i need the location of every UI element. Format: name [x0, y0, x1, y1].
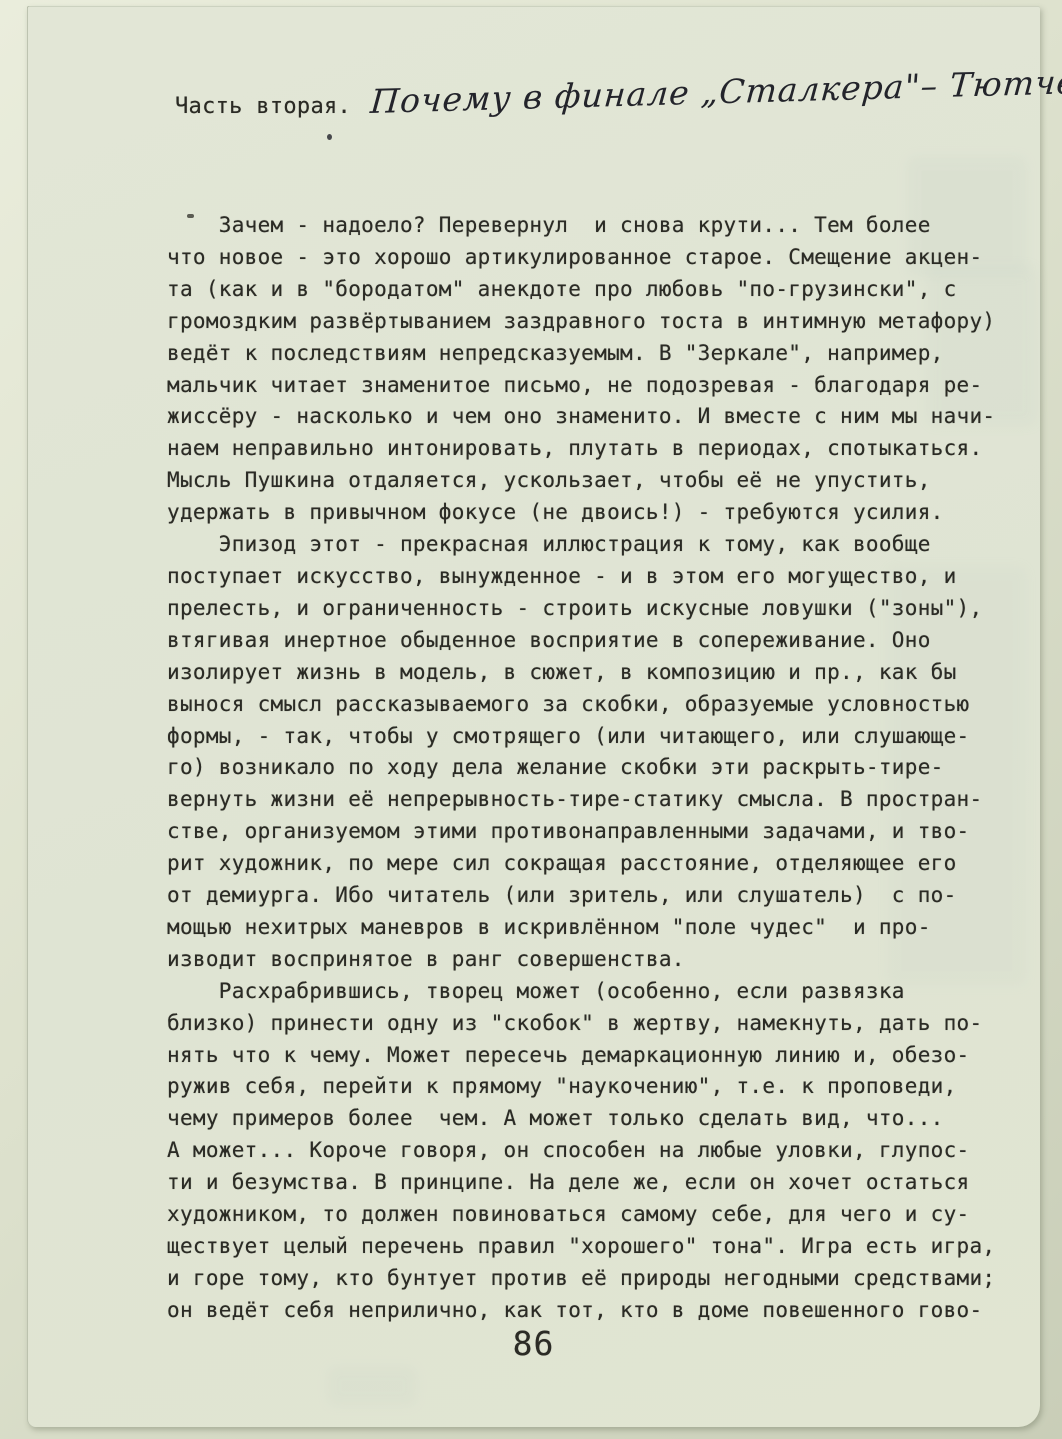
ink-dot-artifact — [327, 134, 332, 140]
text-line: та (как и в "бородатом" анекдоте про люб… — [167, 274, 1007, 306]
text-line: мальчик читает знаменитое письмо, не под… — [167, 370, 1007, 402]
text-line: прелесть, и ограниченность - строить иск… — [167, 593, 1007, 625]
text-line: го) возникало по ходу дела желание скобк… — [167, 752, 1007, 784]
text-line: от демиурга. Ибо читатель (или зритель, … — [167, 880, 1007, 912]
text-line: мощью нехитрых маневров в искривлённом "… — [167, 912, 1007, 944]
text-line: художником, то должен повиноваться самом… — [167, 1199, 1007, 1231]
text-line: жиссёру - насколько и чем оно знаменито.… — [167, 401, 1007, 433]
text-line: нять что к чему. Может пересечь демаркац… — [167, 1040, 1007, 1072]
text-line: Зачем - надоело? Перевернул и снова крут… — [167, 210, 1007, 242]
scanned-document: Часть вторая.Почему в финале „Сталкера"–… — [0, 0, 1062, 1439]
text-line: ществует целый перечень правил "хорошего… — [167, 1231, 1007, 1263]
text-line: изводит воспринятое в ранг совершенства. — [167, 944, 1007, 976]
chapter-header-handwritten: Почему в финале „Сталкера"– Тютчев? — [369, 61, 1062, 121]
text-line: Эпизод этот - прекрасная иллюстрация к т… — [167, 529, 1007, 561]
text-line: рит художник, по мере сил сокращая расст… — [167, 848, 1007, 880]
text-line: втягивая инертное обыденное восприятие в… — [167, 625, 1007, 657]
text-line: удержать в привычном фокусе (не двоись!)… — [167, 497, 1007, 529]
text-line: вынося смысл рассказываемого за скобки, … — [167, 689, 1007, 721]
page-number: 86 — [27, 1324, 1040, 1363]
text-line: громоздким развёртыванием заздравного то… — [167, 306, 1007, 338]
text-line: он ведёт себя неприлично, как тот, кто в… — [167, 1295, 1007, 1327]
page-body: Зачем - надоело? Перевернул и снова крут… — [167, 210, 1007, 1327]
text-line: ведёт к последствиям непредсказуемым. В … — [167, 338, 1007, 370]
text-line: Расхрабрившись, творец может (особенно, … — [167, 976, 1007, 1008]
ink-bleed-through — [327, 1366, 417, 1406]
text-line: А может... Короче говоря, он способен на… — [167, 1135, 1007, 1167]
text-line: формы, - так, чтобы у смотрящего (или чи… — [167, 721, 1007, 753]
chapter-header-typed: Часть вторая. — [175, 94, 351, 119]
text-line: наем неправильно интонировать, плутать в… — [167, 433, 1007, 465]
text-line: поступает искусство, вынужденное - и в э… — [167, 561, 1007, 593]
text-line: изолирует жизнь в модель, в сюжет, в ком… — [167, 657, 1007, 689]
text-line: близко) принести одну из "скобок" в жерт… — [167, 1008, 1007, 1040]
text-line: ти и безумства. В принципе. На деле же, … — [167, 1167, 1007, 1199]
chapter-header: Часть вторая.Почему в финале „Сталкера"–… — [175, 82, 1062, 121]
text-line: Мысль Пушкина отдаляется, ускользает, чт… — [167, 465, 1007, 497]
text-line: что новое - это хорошо артикулированное … — [167, 242, 1007, 274]
text-line: и горе тому, кто бунтует против её приро… — [167, 1263, 1007, 1295]
text-line: чему примеров более чем. А может только … — [167, 1103, 1007, 1135]
typewritten-page: Часть вторая.Почему в финале „Сталкера"–… — [27, 6, 1040, 1427]
text-line: стве, организуемом этими противонаправле… — [167, 816, 1007, 848]
text-line: ружив себя, перейти к прямому "наукочени… — [167, 1071, 1007, 1103]
text-line: вернуть жизни её непрерывность-тире-стат… — [167, 784, 1007, 816]
